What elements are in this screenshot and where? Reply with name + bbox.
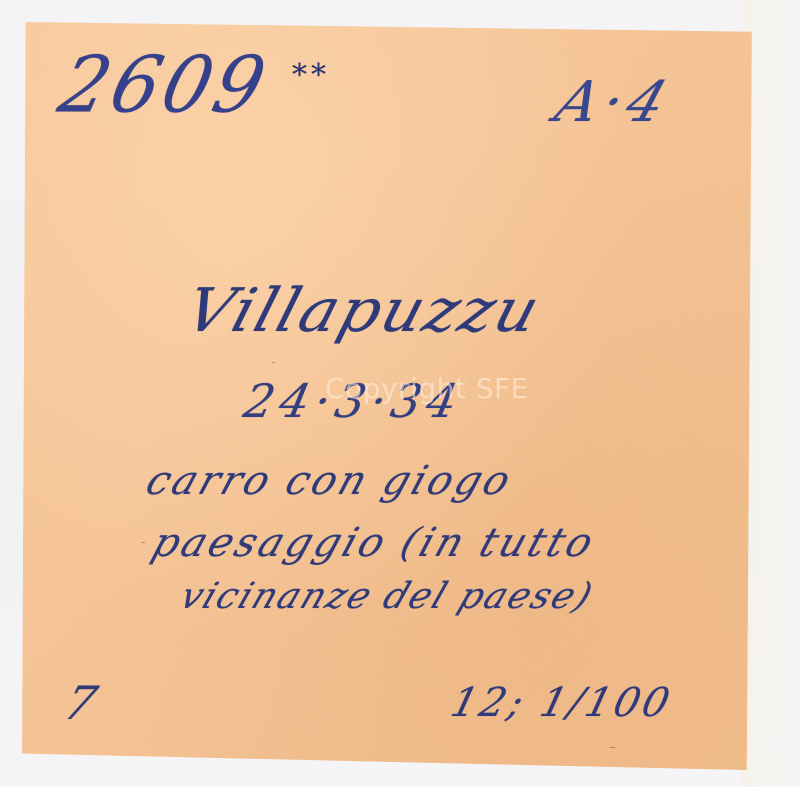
photo-scene: 2609 ** A·4 Villapuzzu 24·3·34 carro con… bbox=[0, 0, 800, 787]
description-line: carro con giogo bbox=[141, 458, 519, 504]
description-line: vicinanze del paese) bbox=[175, 576, 600, 617]
paper-speck bbox=[142, 542, 145, 543]
catalog-number: 2609 bbox=[51, 40, 278, 130]
place-name: Villapuzzu bbox=[178, 276, 549, 346]
paper-speck bbox=[272, 362, 275, 363]
record-date: 24·3·34 bbox=[239, 374, 468, 428]
footer-right-note: 12; 1/100 bbox=[446, 680, 677, 726]
description-line: paesaggio (in tutto bbox=[147, 520, 602, 566]
catalog-stars: ** bbox=[292, 58, 330, 93]
paper-speck bbox=[610, 747, 615, 748]
series-code: A·4 bbox=[547, 70, 680, 135]
